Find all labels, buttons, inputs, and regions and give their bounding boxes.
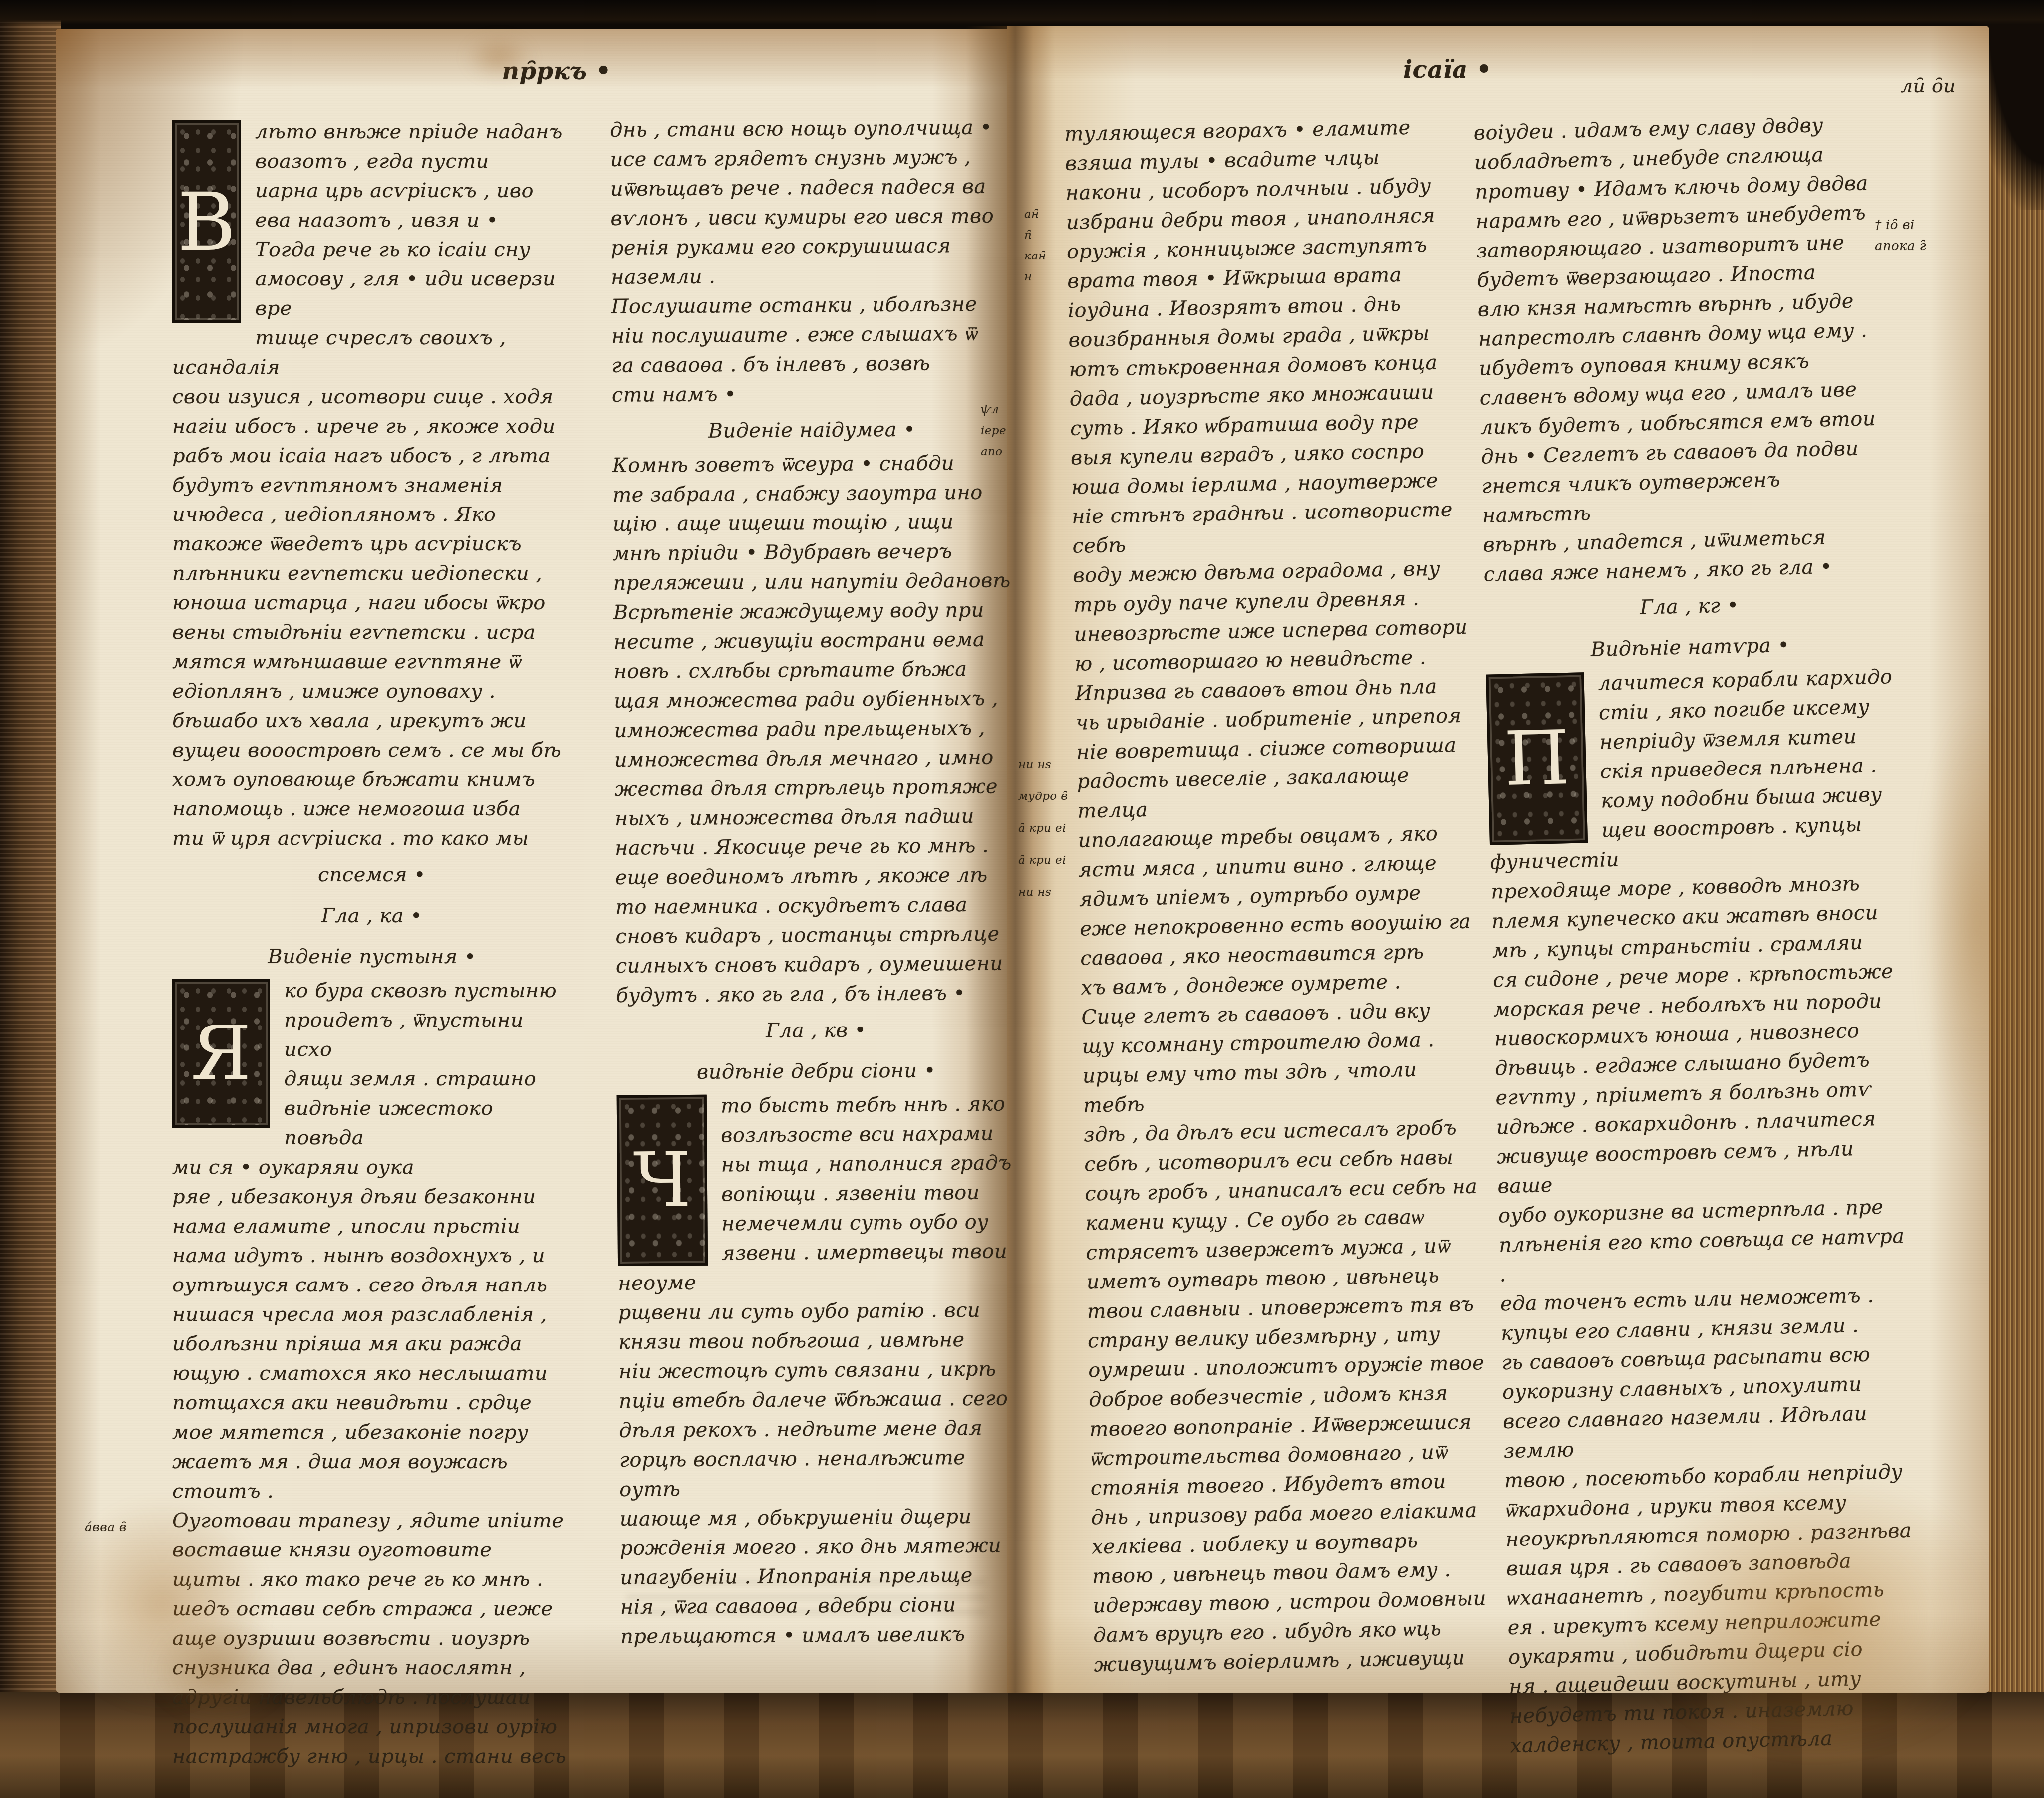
text-block: воіудеи . идамъ ему славу двдву иобладѣе…	[1473, 109, 1893, 589]
right-page-column-1: туляющеся вгорахъ • еламите взяша тулы •…	[1064, 112, 1491, 1680]
margin-reference-line: † іо̑ ві	[1875, 215, 1926, 236]
book-left-board-edge	[0, 10, 61, 1717]
left-page-gutter-references: ѱліереапо	[981, 399, 1006, 462]
decorative-woodcut-initial: В	[172, 120, 241, 323]
margin-reference-line: а̑ кри еі	[1018, 844, 1068, 876]
text-block: Что бысть тебѣ ннѣ . яко возлѣзосте вси …	[617, 1089, 1020, 1652]
margin-reference-line: ѱл	[981, 399, 1006, 420]
chapter-heading: Виденіе наідумеа •	[612, 407, 1012, 451]
chapter-heading: Гла , кв •	[616, 1008, 1016, 1051]
photo-of-open-book: пр̑ркъ • ісаїа • ли̑ о̑и Влѣто внѣже прі…	[0, 0, 2044, 1798]
right-page-gutter-references-mid: ни нsмудро в̑а̑ кри еіа̑ кри еіни нs	[1018, 749, 1068, 908]
margin-reference-line: н	[1024, 266, 1046, 287]
text-block: Плачитеся корабли кархидо стіи , яко пог…	[1486, 662, 1920, 1761]
margin-reference-line: мудро в̑	[1018, 780, 1068, 812]
margin-reference-line: ан̑	[1024, 204, 1046, 225]
running-head-left: пр̑ркъ •	[452, 57, 661, 85]
ink-bleedthrough	[626, 1579, 986, 1614]
decorative-woodcut-initial: Я	[172, 979, 270, 1128]
margin-reference-line: іере	[981, 420, 1006, 441]
right-page-gutter-references-top: ан̑п̑кан̑н	[1024, 204, 1046, 287]
decorative-woodcut-initial: Ч	[617, 1095, 708, 1266]
margin-reference-line: ни нs	[1018, 876, 1068, 908]
right-page-column-2: воіудеи . идамъ ему славу двдву иобладѣе…	[1473, 109, 1920, 1761]
text-block: Комнѣ зоветъ ѿсеура • снабди те забрала …	[612, 448, 1016, 1011]
text-block: днь , стани всю нощь оуполчища • исе сам…	[610, 113, 1011, 410]
running-head-right: ісаїа •	[1343, 56, 1552, 84]
chapter-heading: Виденіе пустыня •	[172, 935, 572, 976]
margin-reference-line: п̑	[1024, 225, 1046, 246]
text-block: Яко бура сквозѣ пустыню проидетъ , ѿпуст…	[172, 976, 572, 1771]
margin-reference-line: а̑ кри еі	[1018, 812, 1068, 844]
decorative-woodcut-initial: П	[1486, 672, 1588, 845]
margin-reference-line: ни нs	[1018, 749, 1068, 780]
folio-number: ли̑ о̑и	[1901, 75, 1956, 97]
chapter-heading: спсемся •	[172, 853, 572, 894]
outer-margin-cross-reference: а́вва в̑	[85, 1517, 127, 1537]
margin-reference-line: кан̑	[1024, 246, 1046, 266]
background-top-edge	[0, 0, 2044, 25]
right-outer-margin-references: † іо̑ віапока г̑	[1875, 215, 1926, 257]
text-block: туляющеся вгорахъ • еламите взяша тулы •…	[1064, 112, 1491, 1680]
margin-reference-line: апока г̑	[1875, 236, 1926, 257]
left-page-column-2: днь , стани всю нощь оуполчища • исе сам…	[610, 113, 1020, 1652]
chapter-heading: видѣніе дебри сіони •	[616, 1048, 1016, 1092]
text-block: Влѣто внѣже пріиде наданъ воазотъ , егда…	[172, 117, 572, 853]
chapter-heading: Гла , ка •	[172, 894, 572, 935]
left-page-column-1: Влѣто внѣже пріиде наданъ воазотъ , егда…	[172, 117, 572, 1771]
page-fore-edge-stack	[1988, 45, 2044, 1692]
margin-reference-line: апо	[981, 441, 1006, 462]
